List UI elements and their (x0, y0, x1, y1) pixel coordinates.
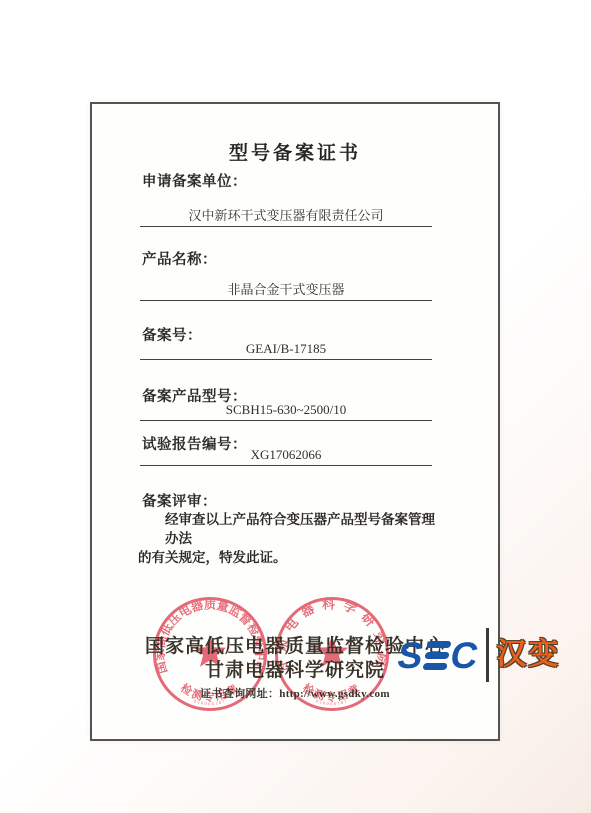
logo-letter-c: C (447, 637, 480, 674)
field-label-applicant: 申请备案单位： (142, 170, 247, 191)
field-value-test-report: XG17062066 (140, 443, 432, 466)
review-paragraph: 经审查以上产品符合变压器产品型号备案管理办法 的有关规定，特发此证。 (138, 510, 446, 567)
logo-letter-e-bars-icon (422, 641, 451, 670)
photo-background: { "certificate": { "title": "型号备案证书", "f… (0, 0, 591, 813)
certificate-query-line: 证书查询网址：http://www.gsdky.com (92, 685, 498, 701)
review-line1: 经审查以上产品符合变压器产品型号备案管理办法 (138, 510, 446, 548)
company-logo: S C 汉变 (398, 628, 560, 682)
review-label: 备案评审： (142, 490, 217, 511)
field-value-model: SCBH15-630~2500/10 (140, 398, 432, 421)
logo-chinese-name: 汉变 (496, 640, 560, 670)
certificate-title: 型号备案证书 (92, 138, 498, 165)
review-line2: 的有关规定，特发此证。 (138, 548, 446, 567)
query-url: http://www.gsdky.com (279, 688, 390, 700)
field-value-record-no: GEAI/B-17185 (140, 337, 432, 360)
query-url-label: 证书查询网址： (200, 688, 279, 700)
field-label-product-name: 产品名称： (142, 248, 217, 269)
field-value-applicant: 汉中新环干式变压器有限责任公司 (140, 204, 432, 227)
logo-letter-s: S (395, 637, 426, 674)
logo-divider (486, 628, 489, 682)
field-value-product-name: 非晶合金干式变压器 (140, 278, 432, 301)
